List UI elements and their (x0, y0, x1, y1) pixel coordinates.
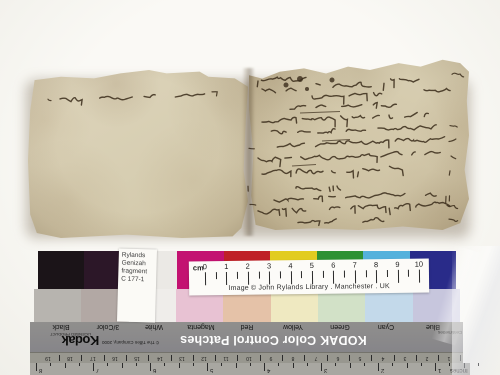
cm-ruler-tick (349, 355, 350, 361)
fragment-id-label: Rylands Genizah fragment C 177-1 (117, 248, 157, 322)
cm-ruler-number: 15 (134, 355, 140, 361)
manuscript-left-page (28, 70, 248, 238)
scale-tick-major (355, 270, 356, 283)
inch-ruler-quartertick (307, 363, 308, 366)
cm-ruler-tick (104, 355, 105, 361)
cm-ruler-tick (282, 355, 283, 361)
scale-tick-minor (301, 271, 302, 278)
cm-ruler-number: 4 (381, 355, 384, 361)
scale-tick-major (205, 272, 206, 285)
scale-tick-major (226, 272, 227, 285)
cm-ruler-tick (59, 355, 60, 361)
scale-tick-major (376, 270, 377, 283)
scale-tick-major (333, 271, 334, 284)
cm-ruler-number: 8 (292, 355, 295, 361)
scale-number: 2 (246, 262, 250, 271)
scale-tick-major (419, 270, 420, 283)
cm-ruler-number: 10 (246, 355, 252, 361)
cm-ruler-number: 14 (157, 355, 163, 361)
inch-ruler-quartertick (335, 363, 336, 366)
inch-ruler-halftick (350, 363, 351, 368)
inch-ruler-halftick (236, 363, 237, 368)
cm-scale-label: cm 012345678910 Image © John Rylands Lib… (189, 259, 429, 296)
inch-ruler-number: 6 (153, 367, 156, 373)
fragment-label-line: C 177-1 (121, 276, 156, 285)
cm-ruler-tick (148, 355, 149, 361)
inch-ruler-number: 7 (96, 367, 99, 373)
tint-black (34, 289, 81, 322)
scale-tick-minor (323, 271, 324, 278)
cm-ruler-tick (416, 355, 417, 361)
inch-ruler-quartertick (107, 363, 108, 366)
inch-ruler-quartertick (136, 363, 137, 366)
patch-label-red: Red (241, 323, 254, 330)
patch-label-green: Green (330, 323, 349, 330)
scale-tick-minor (387, 270, 388, 277)
scale-tick-major (248, 272, 249, 285)
inch-ruler-number: 4 (267, 367, 270, 373)
cm-ruler-number: 17 (90, 355, 96, 361)
patch-label-black: Black (53, 323, 70, 330)
scale-number: 8 (374, 260, 378, 269)
scale-number: 0 (203, 262, 207, 271)
inch-ruler-quartertick (164, 363, 165, 366)
inch-ruler-halftick (179, 363, 180, 368)
product-title: KODAK Color Control Patches (180, 333, 367, 347)
scale-number: 6 (331, 261, 335, 270)
inch-ruler-halftick (293, 363, 294, 368)
manuscript-right-page (249, 58, 469, 230)
patch-label-3-color: 3/Color (96, 323, 119, 330)
scale-number: 7 (353, 260, 357, 269)
page-fold-shadow (242, 68, 255, 236)
inch-ruler-tick (93, 363, 94, 371)
patch-label-magenta: Magenta (187, 323, 214, 330)
inch-ruler-tick (435, 363, 436, 371)
inch-ruler-number: 2 (381, 367, 384, 373)
cm-ruler-number: 6 (337, 355, 340, 361)
cm-ruler-number: 12 (201, 355, 207, 361)
cm-ruler-number: 13 (179, 355, 185, 361)
scale-tick-minor (258, 272, 259, 279)
scale-number: 10 (415, 260, 423, 269)
cm-ruler-number: 5 (359, 355, 362, 361)
inch-ruler-tick (378, 363, 379, 371)
kodak-grey-bar: Black3/ColorWhiteMagentaRedYellowGreenCy… (30, 322, 463, 352)
scale-number: 5 (310, 261, 314, 270)
patch-black (38, 251, 84, 289)
tint-green (318, 289, 365, 322)
tint-cyan (365, 289, 412, 322)
cm-ruler-number: 1 (448, 355, 451, 361)
inch-ruler-halftick (122, 363, 123, 368)
cm-ruler-tick (193, 355, 194, 361)
patch-label-yellow: Yellow (283, 323, 303, 330)
image-credit: Image © John Rylands Library . Mancheste… (189, 283, 429, 293)
inch-ruler-quartertick (421, 363, 422, 366)
inch-ruler-quartertick (50, 363, 51, 366)
inch-ruler-halftick (407, 363, 408, 368)
inch-ruler-quartertick (79, 363, 80, 366)
cm-ruler-tick (327, 355, 328, 361)
inch-ruler-number: 8 (39, 367, 42, 373)
scale-number: 1 (224, 262, 228, 271)
scale-tick-major (312, 271, 313, 284)
scale-tick-minor (365, 270, 366, 277)
cm-ruler-tick (371, 355, 372, 361)
cm-ruler-tick (171, 355, 172, 361)
inch-ruler-quartertick (193, 363, 194, 366)
cm-ruler-number: 7 (314, 355, 317, 361)
patch-label-white: White (145, 323, 163, 330)
inch-ruler-number: 1 (438, 367, 441, 373)
cm-ruler-number: 11 (224, 355, 229, 361)
kodak-logo: Kodak (62, 333, 99, 348)
inch-ruler-tick (36, 363, 37, 371)
scale-tick-minor (216, 272, 217, 279)
cm-ruler-tick (81, 355, 82, 361)
scale-tick-minor (408, 270, 409, 277)
scale-number: 3 (267, 261, 271, 270)
inch-ruler-halftick (65, 363, 66, 368)
cm-ruler-tick (260, 355, 261, 361)
publisher-text: © The Tiffen Company, 2000 (102, 340, 159, 345)
inch-ruler-quartertick (250, 363, 251, 366)
scale-number: 4 (288, 261, 292, 270)
cm-ruler-tick (126, 355, 127, 361)
cm-ruler-tick (237, 355, 238, 361)
cm-ruler-number: 16 (112, 355, 118, 361)
patch-label-cyan: Cyan (378, 323, 394, 330)
inch-ruler-number: 5 (210, 367, 213, 373)
cm-ruler-number: 9 (270, 355, 273, 361)
cm-ruler-number: 3 (403, 355, 406, 361)
scale-tick-minor (280, 271, 281, 278)
cm-ruler-tick (438, 355, 439, 361)
scale-tick-major (291, 271, 292, 284)
inch-ruler-strip: Inches 87654321 (30, 363, 470, 375)
cm-ruler-tick (304, 355, 305, 361)
scale-number: 9 (395, 260, 399, 269)
inch-ruler-quartertick (278, 363, 279, 366)
inch-ruler-tick (207, 363, 208, 371)
scale-tick-major (398, 270, 399, 283)
inch-ruler-quartertick (221, 363, 222, 366)
scale-tick-minor (344, 271, 345, 278)
inch-ruler-quartertick (392, 363, 393, 366)
inch-ruler-number: 3 (324, 367, 327, 373)
inch-ruler-tick (321, 363, 322, 371)
scale-tick-minor (237, 272, 238, 279)
inch-ruler-tick (264, 363, 265, 371)
inch-ruler-quartertick (364, 363, 365, 366)
scale-tick-major (269, 271, 270, 284)
cm-ruler-number: 2 (426, 355, 429, 361)
cm-ruler-tick (215, 355, 216, 361)
inch-ruler-tick (150, 363, 151, 371)
cm-ruler-number: 19 (45, 355, 51, 361)
inch-ruler-quartertick (449, 363, 450, 366)
digitized-manuscript-photo: Black3/ColorWhiteMagentaRedYellowGreenCy… (0, 0, 500, 375)
cm-ruler-tick (394, 355, 395, 361)
cm-ruler-number: 18 (68, 355, 74, 361)
